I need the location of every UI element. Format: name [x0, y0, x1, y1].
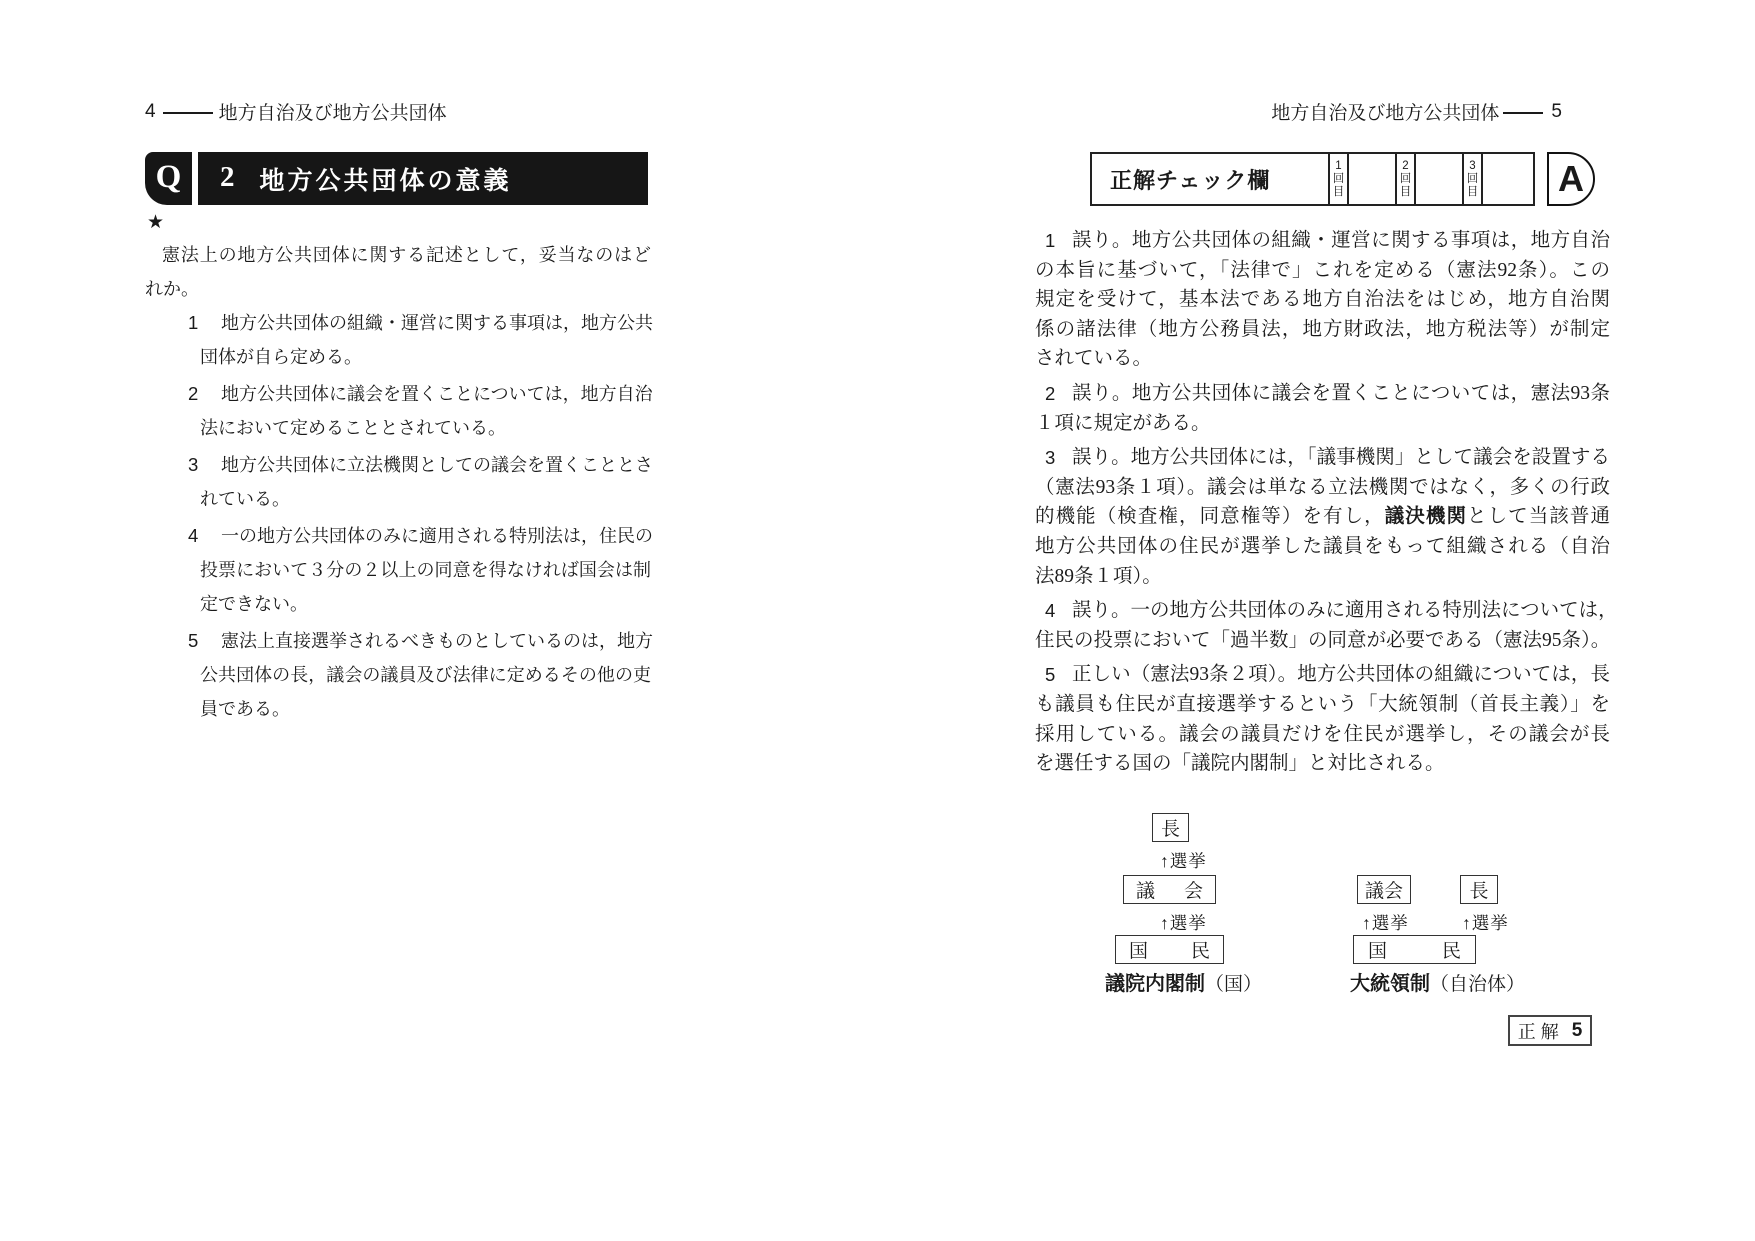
text-segment: 法89条１項）。	[1035, 566, 1162, 587]
attempt-label: 1回目	[1328, 154, 1349, 204]
text-segment: を選任する国の「議院内閣制」と対比される。	[1035, 753, 1445, 774]
header-dash	[1503, 112, 1543, 114]
attempt-label-char: 目	[1333, 186, 1345, 199]
item-number: 3	[188, 448, 198, 482]
text-segment: 投票において３分の２以上の同意を得なければ国会は制	[200, 560, 651, 580]
attempt-label-char: 3	[1469, 160, 1475, 173]
item-number: 5	[1045, 660, 1055, 690]
item-number: 2	[1045, 379, 1055, 409]
text-segment: 公共団体の長，議会の議員及び法律に定めるその他の吏	[200, 665, 651, 685]
people-char-2: 民	[1442, 936, 1461, 963]
text-segment: 団体が自ら定める。	[200, 347, 362, 367]
text-segment: されている。	[1035, 348, 1152, 369]
assembly-char-1: 議	[1136, 876, 1155, 903]
attempt-label-char: 回	[1400, 173, 1412, 186]
item-1-line: 団体が自ら定める。	[145, 340, 651, 374]
text-segment: 係の諸法律（地方公務員法，地方財政法，地方税法等）が制定	[1035, 319, 1610, 340]
text-segment: 採用している。議会の議員だけを住民が選挙し，その議会が長	[1035, 724, 1610, 745]
text-line: 憲法上の地方公共団体に関する記述として，妥当なのはど	[145, 238, 651, 272]
question-number: 2	[220, 161, 235, 196]
item-5-line: を選任する国の「議院内閣制」と対比される。	[1035, 749, 1610, 779]
item-number: 4	[188, 519, 198, 553]
header-dash	[163, 112, 213, 114]
item-1-line: 1誤り。地方公共団体の組織・運営に関する事項は，地方自治	[1035, 226, 1610, 256]
question-title-main: 2 地方公共団体の意義	[198, 152, 648, 205]
text-segment: も議員も住民が直接選挙するという「大統領制（首長主義）」を	[1035, 694, 1610, 715]
q-badge: Q	[145, 152, 192, 205]
check-attempt-unit: 1回目	[1328, 154, 1395, 204]
correct-answer-value: 5	[1572, 1020, 1583, 1042]
check-grid-label: 正解チェック欄	[1092, 154, 1328, 204]
item-1-line: 係の諸法律（地方公務員法，地方財政法，地方税法等）が制定	[1035, 315, 1610, 345]
left-header-title: 地方自治及び地方公共団体	[219, 98, 447, 125]
question-page: 4 地方自治及び地方公共団体 Q 2 地方公共団体の意義 ★ 憲法上の地方公共団…	[145, 0, 651, 1241]
text-segment: 住民の投票において「過半数」の同意が必要である（憲法95条）。	[1035, 630, 1610, 651]
assembly-box-left: 議 会	[1123, 875, 1216, 904]
text-segment: 憲法上の地方公共団体に関する記述として，妥当なのはど	[162, 245, 651, 265]
question-title-bar: Q 2 地方公共団体の意義	[145, 152, 648, 205]
item-3-line: 的機能（検査権，同意権等）を有し，議決機関として当該普通	[1035, 502, 1610, 532]
attempt-label-char: 目	[1467, 186, 1479, 199]
item-2-line: 2誤り。地方公共団体に議会を置くことについては，憲法93条	[1035, 379, 1610, 409]
answer-check-grid: 正解チェック欄 1回目2回目3回目	[1090, 152, 1535, 206]
text-segment: 規定を受けて，基本法である地方自治法をはじめ，地方自治関	[1035, 289, 1610, 310]
text-segment: 正しい（憲法93条２項）。地方公共団体の組織については，長	[1072, 664, 1610, 685]
election-arrow: ↑選挙	[1160, 910, 1207, 935]
item-3-line: 3誤り。地方公共団体には，「議事機関」として議会を設置する	[1035, 443, 1610, 473]
left-page-number: 4	[145, 101, 156, 123]
answer-page: 地方自治及び地方公共団体 5 正解チェック欄 1回目2回目3回目 A 1誤り。地…	[1035, 0, 1610, 1241]
item-number: 2	[188, 377, 198, 411]
attempt-label-char: 回	[1467, 173, 1479, 186]
difficulty-star: ★	[147, 211, 164, 234]
people-box-left: 国 民	[1115, 935, 1224, 964]
item-4-line: 定できない。	[145, 587, 651, 621]
text-segment: １項に規定がある。	[1035, 413, 1211, 434]
attempt-label-char: 目	[1400, 186, 1412, 199]
item-5-line: 採用している。議会の議員だけを住民が選挙し，その議会が長	[1035, 720, 1610, 750]
item-3-line: れている。	[145, 482, 651, 516]
item-1-line: されている。	[1035, 344, 1610, 374]
chief-box-left: 長	[1152, 813, 1189, 842]
item-4-line: 4誤り。一の地方公共団体のみに適用される特別法については，	[1035, 596, 1610, 626]
text-segment: 誤り。地方公共団体に議会を置くことについては，憲法93条	[1072, 383, 1610, 404]
people-char-2: 民	[1191, 936, 1210, 963]
assembly-char-2: 会	[1184, 876, 1203, 903]
text-segment: 誤り。一の地方公共団体のみに適用される特別法については，	[1072, 600, 1618, 621]
item-number: 3	[1045, 443, 1055, 473]
presidential-caption: 大統領制（自治体）	[1350, 967, 1525, 996]
election-arrow: ↑選挙	[1160, 848, 1207, 873]
text-segment: （憲法93条１項）。議会は単なる立法機関ではなく，多くの行政	[1035, 477, 1610, 498]
text-segment: 地方公共団体に立法機関としての議会を置くこととさ	[221, 455, 653, 475]
attempt-label-char: 2	[1402, 160, 1408, 173]
text-segment: として当該普通	[1467, 506, 1610, 527]
text-segment: の本旨に基づいて，「法律で」これを定める（憲法92条）。この	[1035, 260, 1610, 281]
right-page-header: 地方自治及び地方公共団体 5	[1271, 98, 1562, 125]
people-box-right: 国 民	[1353, 935, 1476, 964]
text-segment: 地方公共団体の住民が選挙した議員をもって組織される（自治	[1035, 536, 1610, 557]
check-cell	[1349, 154, 1395, 204]
correct-answer-label: 正解	[1518, 1018, 1564, 1044]
text-segment: 一の地方公共団体のみに適用される特別法は，住民の	[221, 526, 653, 546]
item-number: 1	[188, 306, 198, 340]
parliamentary-caption: 議院内閣制（国）	[1105, 967, 1262, 996]
people-char-1: 国	[1368, 936, 1387, 963]
item-3-line: 地方公共団体の住民が選挙した議員をもって組織される（自治	[1035, 532, 1610, 562]
right-page-number: 5	[1551, 101, 1562, 123]
people-char-1: 国	[1129, 936, 1148, 963]
item-number: 1	[1045, 226, 1055, 256]
question-intro: 憲法上の地方公共団体に関する記述として，妥当なのはどれか。	[145, 238, 651, 306]
item-5-line: 員である。	[145, 692, 651, 726]
item-number: 5	[188, 624, 198, 658]
item-1-line: の本旨に基づいて，「法律で」これを定める（憲法92条）。この	[1035, 256, 1610, 286]
text-segment: 的機能（検査権，同意権等）を有し，	[1035, 506, 1385, 527]
attempt-label: 3回目	[1462, 154, 1483, 204]
attempt-label-char: 1	[1335, 160, 1341, 173]
left-page-header: 4 地方自治及び地方公共団体	[145, 98, 447, 125]
text-segment: れている。	[200, 489, 290, 509]
item-1-line: 1地方公共団体の組織・運営に関する事項は，地方公共	[145, 306, 651, 340]
item-3-line: （憲法93条１項）。議会は単なる立法機関ではなく，多くの行政	[1035, 473, 1610, 503]
item-5-line: も議員も住民が直接選挙するという「大統領制（首長主義）」を	[1035, 690, 1610, 720]
question-title: 地方公共団体の意義	[260, 161, 512, 197]
item-5-line: 5正しい（憲法93条２項）。地方公共団体の組織については，長	[1035, 660, 1610, 690]
item-number: 4	[1045, 596, 1055, 626]
check-attempt-unit: 3回目	[1462, 154, 1529, 204]
item-2-line: １項に規定がある。	[1035, 409, 1610, 439]
text-segment: 法において定めることとされている。	[200, 418, 506, 438]
attempt-label: 2回目	[1395, 154, 1416, 204]
election-arrow: ↑選挙	[1462, 910, 1509, 935]
check-cell	[1483, 154, 1529, 204]
text-segment: 地方公共団体に議会を置くことについては，地方自治	[221, 384, 653, 404]
item-3-line: 3地方公共団体に立法機関としての議会を置くこととさ	[145, 448, 651, 482]
text-segment: 誤り。地方公共団体には，「議事機関」として議会を設置する	[1072, 447, 1610, 468]
answer-explanations: 1誤り。地方公共団体の組織・運営に関する事項は，地方自治の本旨に基づいて，「法律…	[1035, 226, 1610, 779]
election-arrow: ↑選挙	[1362, 910, 1409, 935]
bold-term: 議決機関	[1385, 505, 1467, 527]
a-badge: A	[1547, 152, 1595, 206]
item-2-line: 2地方公共団体に議会を置くことについては，地方自治	[145, 377, 651, 411]
government-system-diagram: 長 ↑選挙 議 会 ↑選挙 国 民 議院内閣制（国） 議会 長 ↑選挙 ↑選挙 …	[1035, 800, 1610, 1015]
correct-answer-box: 正解 5	[1508, 1015, 1592, 1046]
question-choices: 1地方公共団体の組織・運営に関する事項は，地方公共団体が自ら定める。2地方公共団…	[145, 306, 651, 726]
book-spread: 4 地方自治及び地方公共団体 Q 2 地方公共団体の意義 ★ 憲法上の地方公共団…	[0, 0, 1755, 1241]
check-attempt-unit: 2回目	[1395, 154, 1462, 204]
text-segment: 誤り。地方公共団体の組織・運営に関する事項は，地方自治	[1072, 230, 1610, 251]
text-segment: 員である。	[200, 699, 290, 719]
item-5-line: 公共団体の長，議会の議員及び法律に定めるその他の吏	[145, 658, 651, 692]
text-segment: れか。	[145, 279, 199, 299]
item-1-line: 規定を受けて，基本法である地方自治法をはじめ，地方自治関	[1035, 285, 1610, 315]
right-header-title: 地方自治及び地方公共団体	[1271, 98, 1499, 125]
chief-box-right: 長	[1460, 875, 1498, 904]
item-4-line: 住民の投票において「過半数」の同意が必要である（憲法95条）。	[1035, 626, 1610, 656]
item-3-line: 法89条１項）。	[1035, 562, 1610, 592]
text-line: れか。	[145, 272, 651, 306]
text-segment: 定できない。	[200, 594, 308, 614]
item-5-line: 5憲法上直接選挙されるべきものとしているのは，地方	[145, 624, 651, 658]
item-4-line: 投票において３分の２以上の同意を得なければ国会は制	[145, 553, 651, 587]
item-4-line: 4一の地方公共団体のみに適用される特別法は，住民の	[145, 519, 651, 553]
text-segment: 憲法上直接選挙されるべきものとしているのは，地方	[221, 631, 653, 651]
item-2-line: 法において定めることとされている。	[145, 411, 651, 445]
check-cell	[1416, 154, 1462, 204]
question-text: 憲法上の地方公共団体に関する記述として，妥当なのはどれか。 1地方公共団体の組織…	[145, 238, 651, 726]
text-segment: 地方公共団体の組織・運営に関する事項は，地方公共	[221, 313, 653, 333]
assembly-box-right: 議会	[1357, 875, 1411, 904]
attempt-label-char: 回	[1333, 173, 1345, 186]
